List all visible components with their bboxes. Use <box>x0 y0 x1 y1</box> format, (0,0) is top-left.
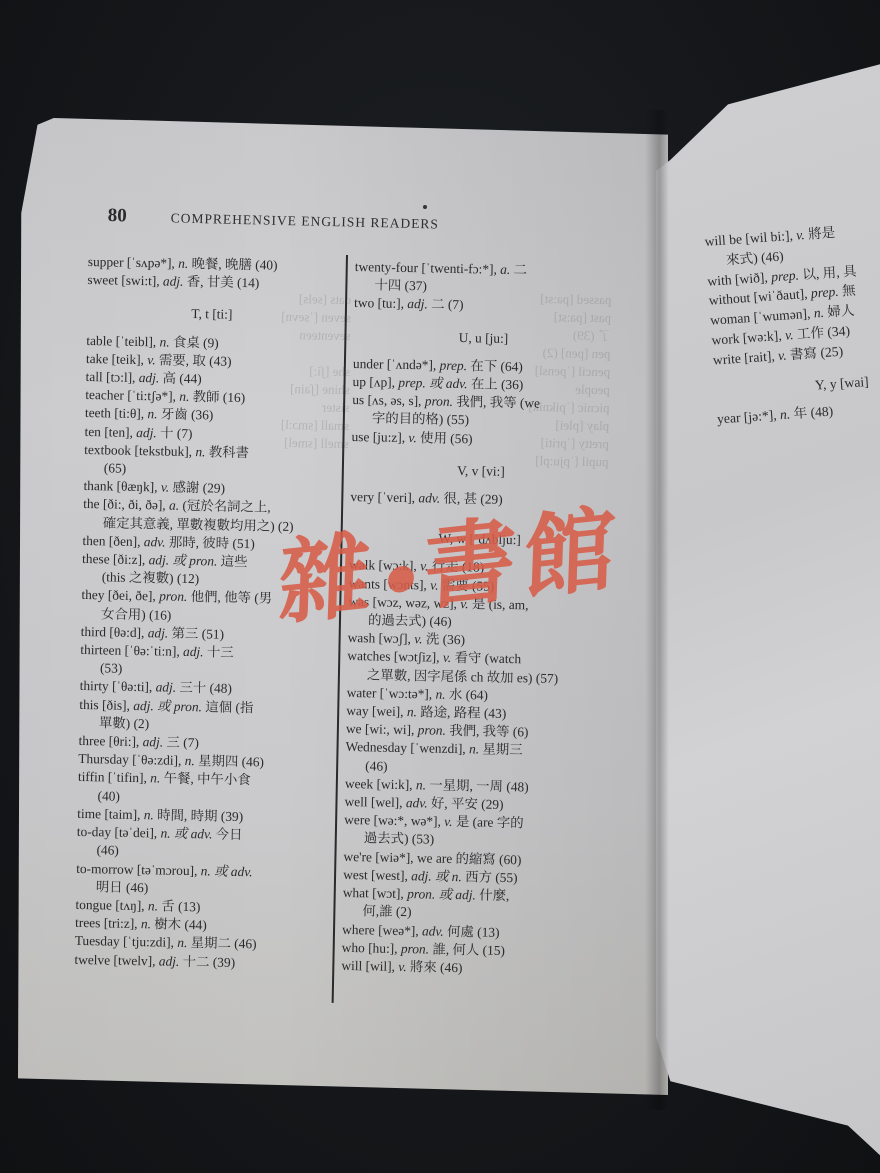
entry-gloss: 時間, 時期 (39) <box>157 807 243 824</box>
entry-gloss: 今日 <box>216 827 243 843</box>
glossary-entry: two [tu:], adj. 二 (7) <box>354 294 614 317</box>
entry-headword: tiffin <box>78 769 105 785</box>
entry-headword: will <box>341 958 362 973</box>
watermark-char-left: 雜 <box>277 519 380 638</box>
entry-gloss: 誰, 何人 (15) <box>432 941 505 957</box>
entry-gloss: 三十 (48) <box>179 680 232 696</box>
glossary-entry: this [ðis], adj. 或 pron. 這個 (指單數) (2) <box>79 696 330 737</box>
entry-headword: twenty-four <box>355 259 418 275</box>
entry-part-of-speech: adj. 或 pron. <box>133 698 202 714</box>
entry-part-of-speech: prep. <box>810 284 839 301</box>
watermark-dot <box>388 565 415 594</box>
entry-gloss: 我們, 我等 (we <box>456 394 540 411</box>
entry-headword: time <box>77 806 101 821</box>
entry-pronunciation: [ʌs, əs, s] <box>367 392 418 408</box>
entry-gloss: 我們, 我等 (6) <box>449 723 529 740</box>
entry-pronunciation: [wiə*] <box>375 849 410 865</box>
entry-gloss: 西方 (55) <box>465 869 518 885</box>
entry-part-of-speech: n. 或 adv. <box>201 863 253 879</box>
entry-part-of-speech: n. <box>177 935 187 950</box>
entry-gloss: 十三 <box>207 644 234 660</box>
entry-part-of-speech: v. <box>398 959 407 974</box>
entry-part-of-speech: adj. <box>183 644 204 659</box>
entry-pronunciation: [wil bi:] <box>745 228 790 246</box>
entry-pronunciation: [teik] <box>112 351 141 367</box>
entry-headword: who <box>342 940 365 955</box>
entry-gloss: 他們, 他等 (男 <box>191 589 273 606</box>
entry-pronunciation: [wə:k] <box>742 328 778 345</box>
entry-part-of-speech: n. <box>178 256 188 271</box>
entry-part-of-speech: n. <box>159 334 169 349</box>
entry-part-of-speech: n. <box>144 807 154 822</box>
entry-headword: work <box>711 331 740 348</box>
entry-part-of-speech: adj. <box>156 680 177 695</box>
glossary-entry: textbook [tekstbuk], n. 教科書(65) <box>84 441 335 482</box>
entry-gloss: 晚餐, 晚膳 (40) <box>191 256 277 273</box>
entry-headword: Thursday <box>78 751 129 767</box>
entry-pronunciation: [θə:d] <box>109 624 141 640</box>
entry-headword: thirteen <box>80 642 121 658</box>
section-heading-v: V, v [vi:] <box>351 460 611 483</box>
entry-pronunciation: [tri:z] <box>104 916 135 932</box>
entry-pronunciation: [ˈʌndə*] <box>387 356 433 372</box>
entry-part-of-speech: n. <box>469 742 479 757</box>
entry-gloss: 一星期, 一周 (48) <box>429 777 529 794</box>
entry-part-of-speech: pron. 或 adj. <box>407 886 476 902</box>
entry-part-of-speech: n. 或 adv. <box>160 826 212 842</box>
entry-gloss: 無 <box>842 283 857 299</box>
entry-gloss: 十二 (39) <box>183 953 236 969</box>
entry-part-of-speech: v. <box>408 430 417 445</box>
entry-gloss: 這些 <box>221 554 248 570</box>
entry-pronunciation: [ði:, ði, ðə] <box>103 497 163 513</box>
entry-pronunciation: [ju:z] <box>373 429 402 445</box>
entry-headword: way <box>346 703 369 718</box>
entry-headword: we're <box>343 849 372 865</box>
entry-pronunciation: [ˈwumən] <box>753 306 808 325</box>
entry-part-of-speech: v. <box>796 227 805 243</box>
entry-gloss: 二 <box>513 262 527 277</box>
entry-part-of-speech: n. <box>813 305 824 321</box>
entry-pronunciation: [təˈmɔrou] <box>137 862 195 878</box>
entry-part-of-speech: n. <box>407 704 417 719</box>
entry-gloss: 是 (are 字的 <box>456 814 524 830</box>
entry-headword: write <box>712 351 741 368</box>
entry-part-of-speech: v. <box>161 480 170 495</box>
glossary-entry: use [ju:z], v. 使用 (56) <box>351 428 611 451</box>
entry-part-of-speech: adj. <box>159 953 180 968</box>
entry-pronunciation: [wi:, wi] <box>365 722 411 738</box>
entry-gloss: 在下 (64) <box>470 358 523 374</box>
entry-gloss: 第三 (51) <box>171 626 224 642</box>
entry-gloss: 好, 平安 (29) <box>431 796 504 812</box>
entry-headword: without <box>708 290 750 308</box>
entry-pronunciation: [ten] <box>104 424 130 439</box>
entry-gloss: 感謝 (29) <box>172 480 225 496</box>
entry-headword: Tuesday <box>75 933 120 949</box>
entry-headword: under <box>353 356 384 372</box>
entry-gloss: 將來 (46) <box>410 959 463 975</box>
entry-part-of-speech: pron. <box>401 941 429 957</box>
print-speck <box>423 205 427 209</box>
entry-gloss: 在上 (36) <box>471 376 524 392</box>
entry-part-of-speech: pron. <box>418 723 446 739</box>
entry-headword: textbook <box>84 442 131 458</box>
entry-headword: this <box>79 697 99 712</box>
entry-part-of-speech: n. <box>435 686 445 701</box>
next-page-column: will be [wil bi:], v. 將是來式) (46)with [wi… <box>704 218 880 430</box>
entry-gloss: 香, 甘美 (14) <box>187 274 260 290</box>
entry-part-of-speech: n. <box>147 407 157 422</box>
entry-part-of-speech: adv. <box>406 795 428 810</box>
entry-gloss: 十 (7) <box>160 425 193 441</box>
entry-part-of-speech: n. <box>179 389 189 404</box>
entry-pronunciation: [ˈti:tʃə*] <box>127 388 173 404</box>
entry-part-of-speech: adj. <box>407 296 428 311</box>
entry-pronunciation: [ˈtifin] <box>108 770 144 786</box>
entry-headword: will be <box>704 231 742 249</box>
entry-gloss: 食桌 (9) <box>173 334 219 350</box>
entry-gloss: (冠於名詞之上, <box>182 498 270 515</box>
entry-gloss: 星期三 <box>482 742 522 758</box>
entry-part-of-speech: v. <box>414 631 423 646</box>
entry-headword: with <box>707 272 732 289</box>
entry-pronunciation: [θæŋk] <box>116 479 154 495</box>
entry-pronunciation: [tʌŋ] <box>115 898 141 913</box>
entry-pronunciation: [ti:θ] <box>114 406 141 422</box>
entry-pronunciation: [ˈθə:zdi] <box>132 752 178 768</box>
entry-pronunciation: [wɔʃ] <box>378 631 407 647</box>
entry-gloss: 洗 (36) <box>426 632 465 648</box>
glossary-entry: sweet [swi:t], adj. 香, 甘美 (14) <box>87 271 337 294</box>
entry-headword: we <box>346 721 362 736</box>
entry-gloss: 三 (7) <box>166 735 199 751</box>
entry-gloss: 樹木 (44) <box>154 917 207 933</box>
entry-pronunciation: [tɔ:l] <box>106 369 132 384</box>
entry-gloss: 工作 (34) <box>796 323 850 342</box>
entry-part-of-speech: adv. <box>422 923 444 938</box>
entry-part-of-speech: adj. 或 pron. <box>149 552 218 568</box>
entry-pronunciation: [ˈteibl] <box>116 333 153 349</box>
entry-pronunciation: [ˈθə:ˈti:n] <box>125 643 177 659</box>
entry-headword: these <box>82 551 110 567</box>
entry-part-of-speech: prep. 或 adv. <box>398 375 467 391</box>
entry-pronunciation: [ˈwɔ:tə*] <box>380 685 429 701</box>
entry-part-of-speech: v. <box>443 650 452 665</box>
entry-pronunciation: [ði:z] <box>113 552 142 568</box>
entry-gloss: 什麼, <box>479 888 509 904</box>
entry-gloss: 何處 (13) <box>447 923 500 939</box>
entry-headword: to-morrow <box>76 860 134 876</box>
entry-pronunciation: [weə*] <box>378 922 415 938</box>
glossary-entry: tiffin [ˈtifin], n. 午餐, 中午小食(40) <box>77 768 328 809</box>
entry-pronunciation: [tekstbuk] <box>134 443 189 459</box>
entry-headword: the <box>83 496 100 511</box>
entry-pronunciation: [ðis] <box>102 697 127 712</box>
glossary-entry: were [wə:*, wə*], v. 是 (are 字的過去式) (53) <box>344 811 605 852</box>
entry-pronunciation: [ðei, ðe] <box>108 588 153 604</box>
entry-part-of-speech: v. <box>444 814 453 829</box>
entry-pronunciation: [hu:] <box>368 940 394 955</box>
entry-headword: sweet <box>87 272 118 288</box>
entry-gloss: 將是 <box>808 225 836 242</box>
entry-gloss: 路途, 路程 (43) <box>420 704 506 721</box>
entry-headword: tall <box>85 369 102 384</box>
glossary-entry: twenty-four [ˈtwenti-fɔ:*], a. 二十四 (37) <box>354 258 615 299</box>
entry-headword: two <box>354 295 374 310</box>
entry-headword: three <box>78 733 105 749</box>
book-gutter-shadow <box>645 110 669 1110</box>
entry-gloss: 高 (44) <box>163 370 202 386</box>
entry-gloss: 教師 (16) <box>193 389 246 405</box>
entry-pronunciation: [twelv] <box>113 952 152 968</box>
entry-gloss: 需要, 取 (43) <box>159 352 232 368</box>
entry-part-of-speech: a. <box>169 498 179 513</box>
entry-pronunciation: [ˈtwenti-fɔ:*] <box>421 260 493 276</box>
entry-headword: week <box>345 776 374 792</box>
entry-gloss: 星期二 (46) <box>191 935 257 951</box>
glossary-entry: Wednesday [ˈwenzdi], n. 星期三(46) <box>345 738 606 779</box>
entry-part-of-speech: n. <box>416 777 426 792</box>
entry-pronunciation: [ˈwenzdi] <box>410 741 462 757</box>
entry-headword: water <box>347 685 377 701</box>
entry-part-of-speech: prep. <box>771 267 800 284</box>
entry-headword: what <box>343 885 369 900</box>
entry-pronunciation: [taim] <box>104 806 137 822</box>
entry-gloss: 教科書 <box>209 444 249 460</box>
entry-headword: up <box>352 374 366 389</box>
glossary-entry: thirteen [ˈθə:ˈti:n], adj. 十三(53) <box>80 641 331 682</box>
entry-headword: third <box>81 624 107 639</box>
entry-headword: twelve <box>74 951 110 967</box>
entry-part-of-speech: n. <box>148 898 158 913</box>
running-title: COMPREHENSIVE ENGLISH READERS <box>171 210 440 232</box>
entry-gloss: 書寫 (25) <box>789 343 843 362</box>
entry-gloss: 這個 (指 <box>205 699 253 715</box>
entry-part-of-speech: adj. <box>143 734 164 749</box>
entry-part-of-speech: n. <box>150 771 160 786</box>
entry-part-of-speech: n. <box>779 407 790 423</box>
glossary-entry: watches [wɔtʃiz], v. 看守 (watch之單數, 因字尾係 … <box>347 647 608 688</box>
entry-part-of-speech: adj. <box>139 370 160 385</box>
entry-gloss: 婦人 <box>827 303 855 320</box>
entry-headword: very <box>350 489 374 504</box>
entry-part-of-speech: a. <box>500 262 510 277</box>
entry-part-of-speech: v. <box>785 327 794 343</box>
entry-pronunciation: [ðen] <box>109 533 138 549</box>
entry-gloss: 以, 用, 具 <box>802 263 857 282</box>
section-heading-y: Y, y [wai] <box>715 368 880 402</box>
entry-gloss: 星期四 (46) <box>198 753 264 769</box>
entry-headword: watches <box>347 648 390 664</box>
entry-headword: wash <box>348 630 376 646</box>
entry-headword: to-day <box>77 824 112 840</box>
entry-part-of-speech: adv. <box>418 490 440 505</box>
entry-pronunciation: [wɔt] <box>372 886 401 902</box>
entry-headword: us <box>352 392 364 407</box>
entry-pronunciation: [wel] <box>371 794 400 810</box>
entry-headword: tongue <box>75 897 112 913</box>
entry-pronunciation: [wið] <box>734 270 764 287</box>
entry-pronunciation: [rait] <box>744 348 772 365</box>
entry-pronunciation: [wə:*, wə*] <box>373 813 437 829</box>
entry-gloss: 舌 (13) <box>161 898 200 914</box>
entry-part-of-speech: pron. <box>425 394 453 410</box>
entry-part-of-speech: prep. <box>439 357 467 373</box>
entry-gloss: 水 (64) <box>449 687 488 703</box>
entry-headword: use <box>351 429 369 444</box>
entry-gloss: we are 的縮寫 (60) <box>417 850 522 867</box>
entry-pronunciation: [ˈθə:ti] <box>112 679 149 695</box>
entry-headword: where <box>342 921 375 937</box>
entry-headword: ten <box>84 424 101 439</box>
entry-part-of-speech: adj. <box>136 425 157 440</box>
entry-pronunciation: [ʌp] <box>369 374 392 389</box>
entry-part-of-speech: n. <box>141 916 151 931</box>
entry-pronunciation: [tu:] <box>377 296 400 311</box>
entry-headword: table <box>86 333 112 348</box>
entry-pronunciation: [swi:t] <box>121 273 156 289</box>
entry-part-of-speech: n. <box>195 444 205 459</box>
entry-headword: supper <box>88 254 124 270</box>
entry-pronunciation: [θri:] <box>109 734 137 750</box>
entry-headword: thirty <box>80 678 109 694</box>
entry-headword: thank <box>83 478 113 494</box>
entry-part-of-speech: adj. <box>163 274 184 289</box>
entry-headword: they <box>81 587 104 602</box>
entry-pronunciation: [wei] <box>372 703 401 719</box>
entry-headword: teeth <box>85 405 111 420</box>
entry-part-of-speech: pron. <box>159 589 187 605</box>
entry-headword: woman <box>710 310 751 328</box>
section-heading-t: T, t [ti:] <box>87 303 337 326</box>
entry-pronunciation: [ˈtju:zdi] <box>123 934 171 950</box>
entry-headword: trees <box>75 915 101 930</box>
entry-part-of-speech: v. <box>778 347 787 363</box>
entry-gloss: 看守 (watch <box>454 650 521 666</box>
entry-gloss: 使用 (56) <box>420 430 473 446</box>
entry-pronunciation: [jə:*] <box>743 408 773 425</box>
entry-pronunciation: [wiˈðaut] <box>753 287 805 305</box>
section-heading-u: U, u [ju:] <box>353 327 613 350</box>
entry-gloss: 很, 甚 (29) <box>443 491 502 507</box>
entry-pronunciation: [wɔtʃiz] <box>394 649 437 665</box>
entry-part-of-speech: adj. <box>148 625 169 640</box>
entry-part-of-speech: adj. 或 n. <box>411 868 462 884</box>
entry-part-of-speech: adv. <box>144 534 166 549</box>
glossary-entry: what [wɔt], pron. 或 adj. 什麼,何,誰 (2) <box>342 884 603 925</box>
entry-pronunciation: [west] <box>371 867 405 883</box>
entry-pronunciation: [ˈveri] <box>377 490 411 506</box>
entry-gloss: 二 (7) <box>431 297 464 313</box>
entry-gloss: 牙齒 (36) <box>161 407 214 423</box>
entry-part-of-speech: v. <box>147 352 156 367</box>
entry-gloss: 午餐, 中午小食 <box>163 771 250 788</box>
entry-pronunciation: [təˈdei] <box>114 825 154 841</box>
entry-part-of-speech: n. <box>185 753 195 768</box>
entry-headword: take <box>86 351 109 366</box>
glossary-entry: to-day [təˈdei], n. 或 adv. 今日(46) <box>76 823 327 864</box>
entry-headword: well <box>344 794 367 809</box>
entry-headword: then <box>82 533 105 548</box>
entry-headword: year <box>717 410 741 427</box>
glossary-entry: to-morrow [təˈmɔrou], n. 或 adv. 明日 (46) <box>76 859 327 900</box>
entry-gloss: 年 (48) <box>793 404 834 422</box>
watermark-char-right: 書館 <box>422 493 625 623</box>
entry-pronunciation: [ˈsʌpə*] <box>127 255 172 271</box>
entry-headword: were <box>344 812 370 827</box>
entry-headword: teacher <box>85 387 124 403</box>
entry-headword: west <box>343 867 368 882</box>
entry-pronunciation: [wi:k] <box>376 776 409 792</box>
entry-headword: Wednesday <box>345 739 407 755</box>
entry-gloss: 那時, 彼時 (51) <box>169 534 255 551</box>
entry-pronunciation: [wil] <box>365 958 391 973</box>
page-number: 80 <box>108 205 127 227</box>
glossary-entry: us [ʌs, əs, s], pron. 我們, 我等 (we字的目的格) (… <box>352 391 613 432</box>
